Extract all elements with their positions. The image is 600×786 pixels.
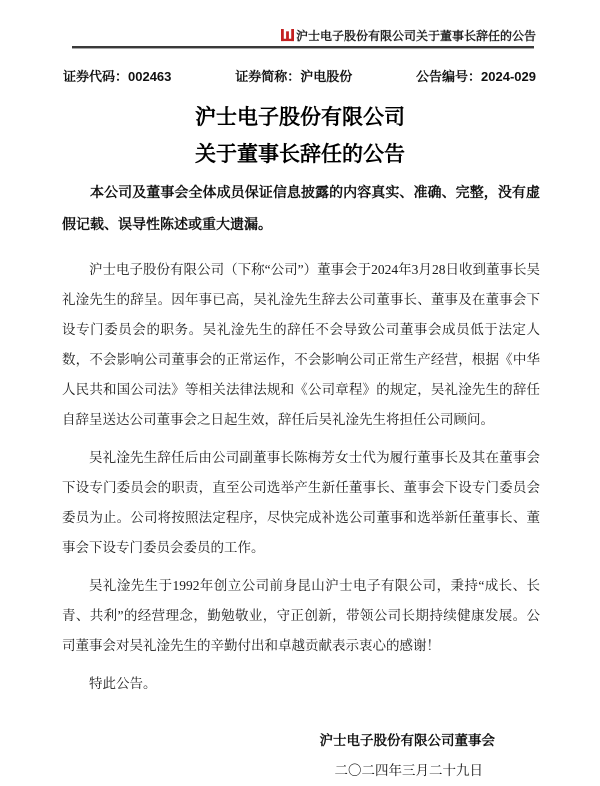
company-logo-icon [281,29,294,45]
announcement-number-label: 公告编号：2024-029 [416,66,536,85]
body-paragraph: 沪士电子股份有限公司（下称“公司”）董事会于2024年3月28日收到董事长吴礼淦… [62,255,540,435]
signature-block: 沪士电子股份有限公司董事会 二〇二四年三月二十九日 [320,729,496,779]
closing-statement: 特此公告。 [62,669,540,699]
running-header: 沪士电子股份有限公司关于董事长辞任的公告 [72,27,536,45]
announcement-body: 沪士电子股份有限公司（下称“公司”）董事会于2024年3月28日收到董事长吴礼淦… [62,255,540,707]
header-divider [72,46,534,49]
securities-meta-row: 证券代码：002463 证券简称：沪电股份 公告编号：2024-029 [63,66,536,85]
running-header-title: 沪士电子股份有限公司关于董事长辞任的公告 [296,29,536,43]
stock-name-label: 证券简称：沪电股份 [235,66,352,85]
document-title-line2: 关于董事长辞任的公告 [0,136,600,173]
disclaimer-text: 本公司及董事会全体成员保证信息披露的内容真实、准确、完整，没有虚假记载、误导性陈… [62,178,540,242]
signature-date: 二〇二四年三月二十九日 [320,759,484,779]
document-title-line1: 沪士电子股份有限公司 [0,99,600,136]
document-title: 沪士电子股份有限公司 关于董事长辞任的公告 [0,99,600,173]
signature-company: 沪士电子股份有限公司董事会 [320,729,496,749]
body-paragraph: 吴礼淦先生辞任后由公司副董事长陈梅芳女士代为履行董事长及其在董事会下设专门委员会… [62,443,540,563]
announcement-page: 沪士电子股份有限公司关于董事长辞任的公告 证券代码：002463 证券简称：沪电… [0,0,600,786]
body-paragraph: 吴礼淦先生于1992年创立公司前身昆山沪士电子有限公司，秉持“成长、长青、共利”… [62,571,540,661]
stock-code-label: 证券代码：002463 [63,66,171,85]
